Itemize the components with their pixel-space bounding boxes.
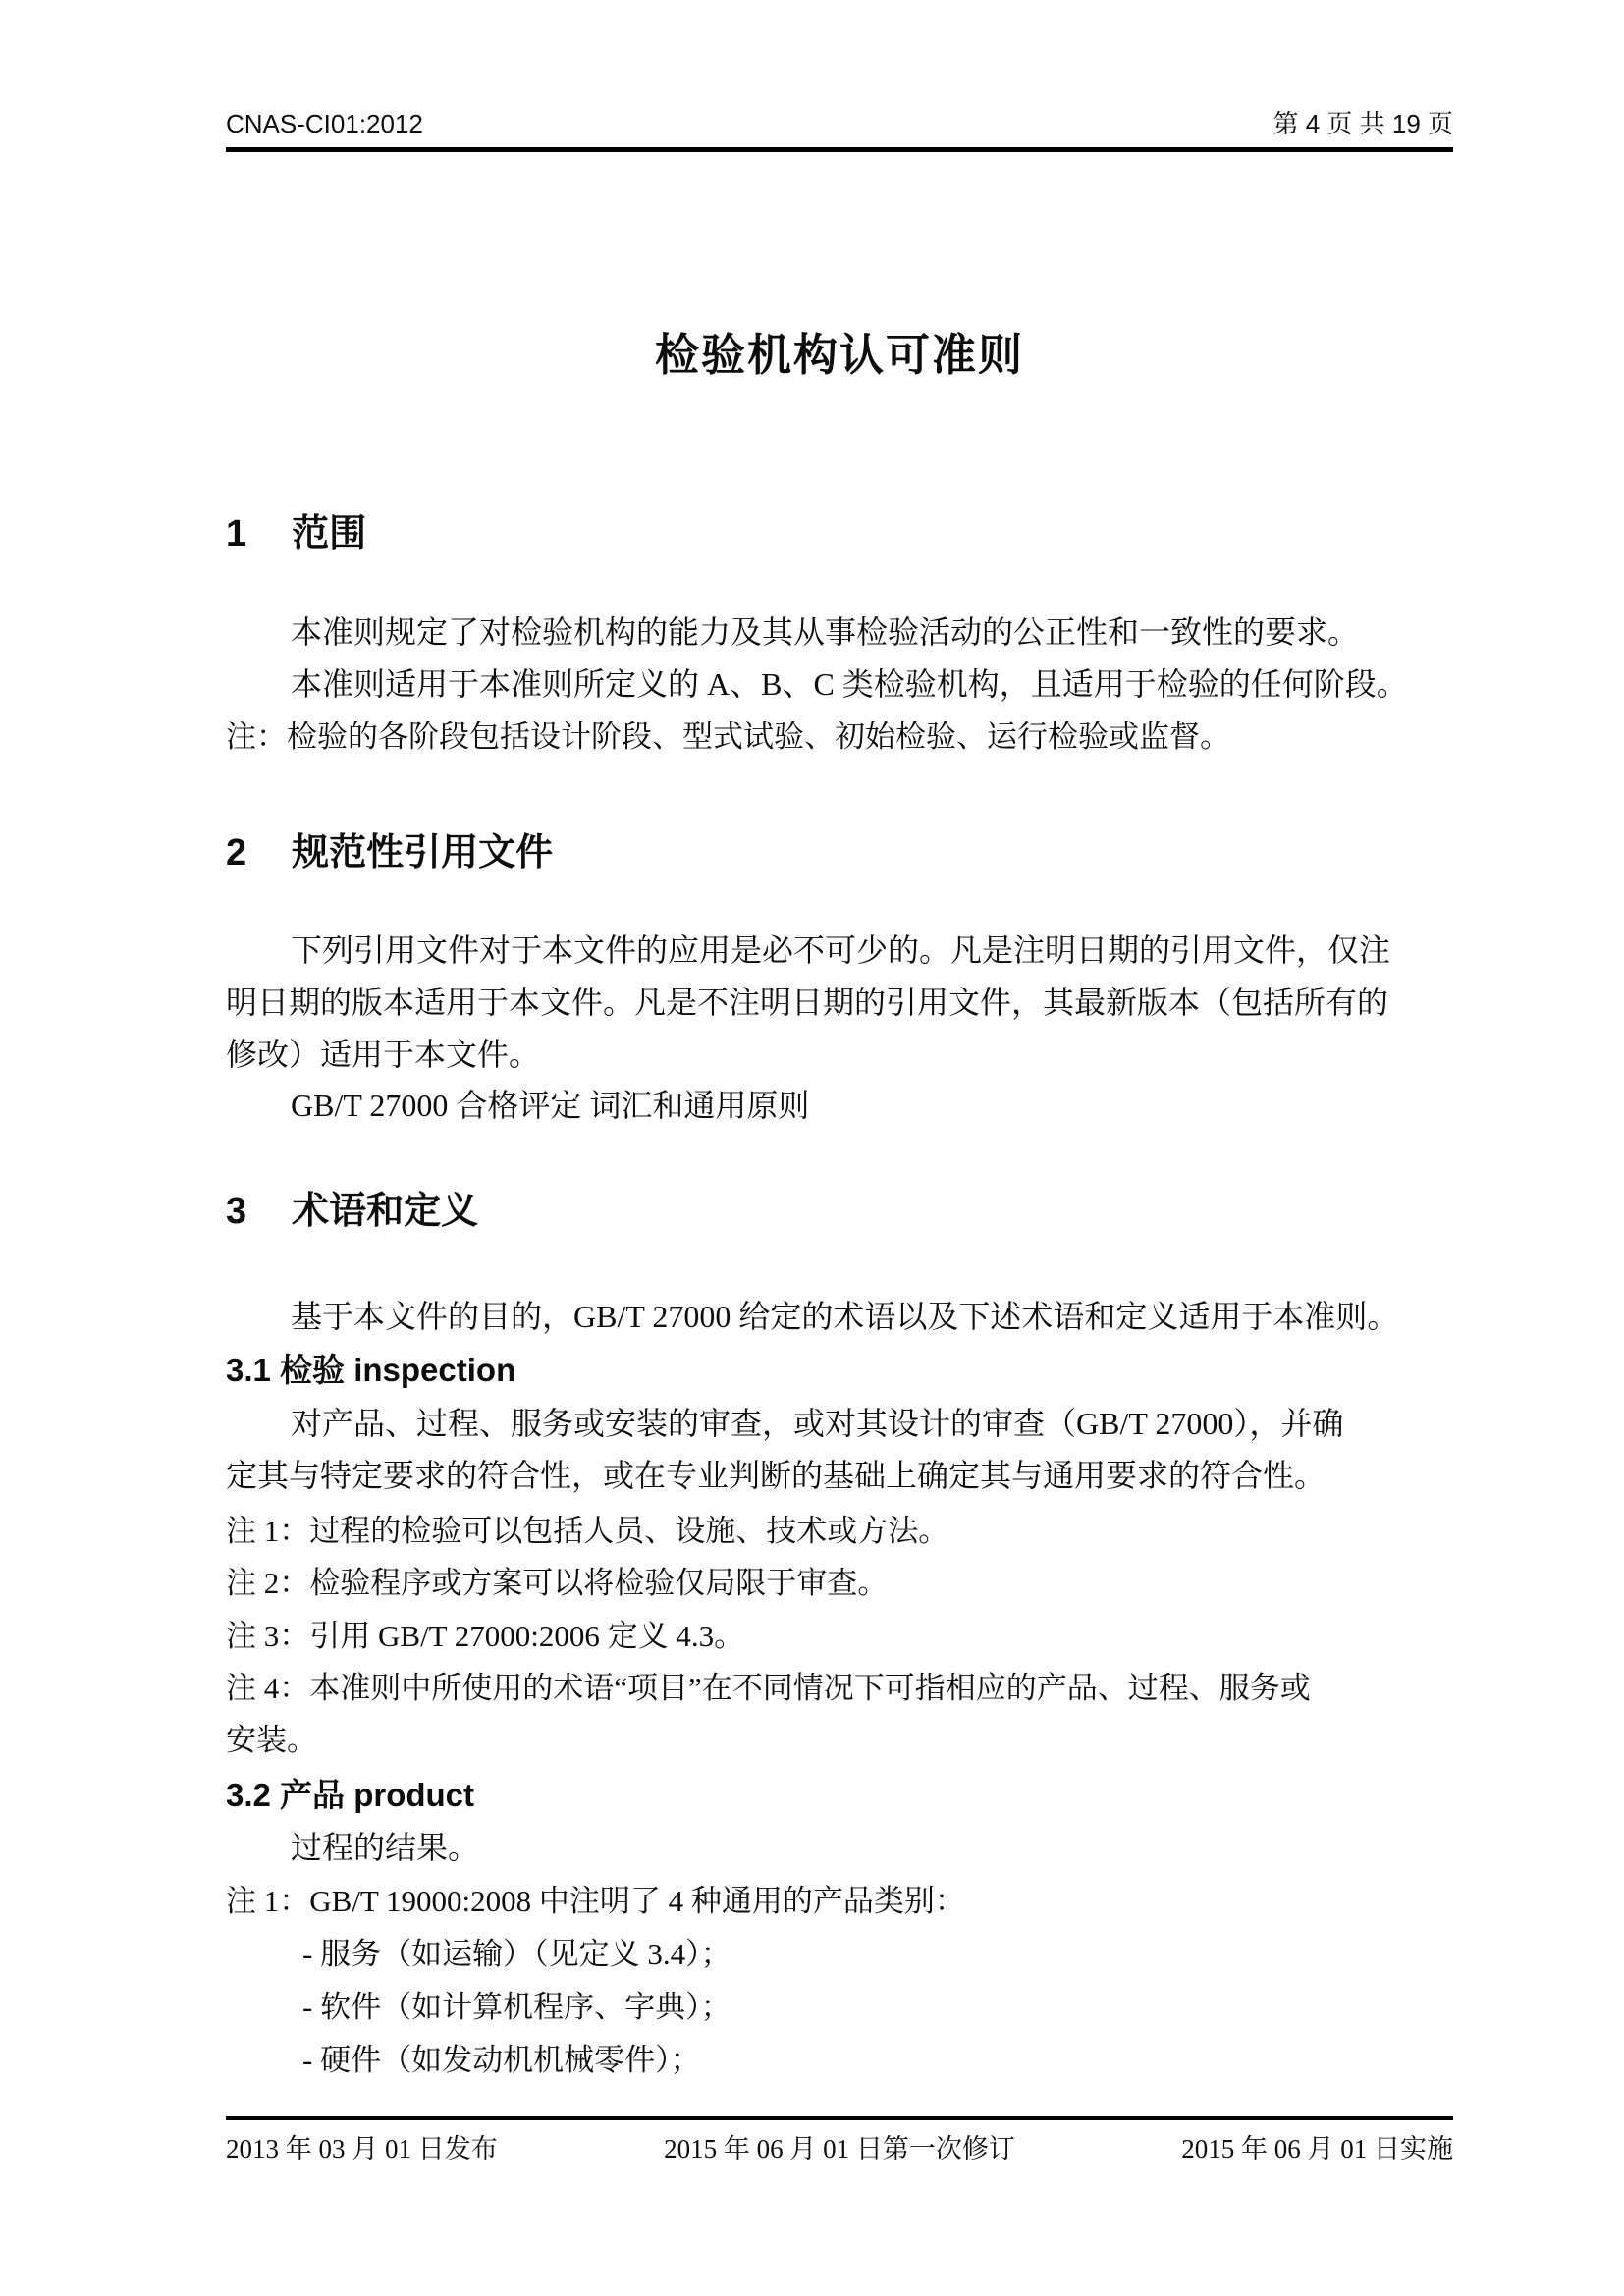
term-3-2-definition: 过程的结果。 <box>226 1822 1453 1874</box>
footer-implemented-date: 2015 年 06 月 01 日实施 <box>1181 2132 1453 2165</box>
section-1-number: 1 <box>226 510 246 558</box>
section-1-note: 注：检验的各阶段包括设计阶段、型式试验、初始检验、运行检验或监督。 <box>226 711 1453 763</box>
footer-revised-date: 2015 年 06 月 01 日第一次修订 <box>664 2132 1015 2165</box>
section-2-number: 2 <box>226 829 246 877</box>
term-3-2-note-1: 注 1：GB/T 19000:2008 中注明了 4 种通用的产品类别： <box>226 1875 1453 1927</box>
section-1-paragraph-1: 本准则规定了对检验机构的能力及其从事检验活动的公正性和一致性的要求。 <box>226 607 1453 659</box>
section-2-reference: GB/T 27000 合格评定 词汇和通用原则 <box>226 1080 1453 1132</box>
document-page: CNAS-CI01:2012 第 4 页 共 19 页 检验机构认可准则 1 范… <box>0 0 1624 2296</box>
term-3-1-note-1: 注 1：过程的检验可以包括人员、设施、技术或方法。 <box>226 1505 1453 1557</box>
section-3-heading: 3 术语和定义 <box>226 1188 1453 1235</box>
term-3-1-note-4: 注 4：本准则中所使用的术语“项目”在不同情况下可指相应的产品、过程、服务或 安… <box>226 1662 1453 1766</box>
footer-published-date: 2013 年 03 月 01 日发布 <box>226 2132 498 2165</box>
section-3-title: 术语和定义 <box>292 1188 478 1235</box>
section-1-paragraph-2: 本准则适用于本准则所定义的 A、B、C 类检验机构，且适用于检验的任何阶段。 <box>226 659 1453 711</box>
section-3-number: 3 <box>226 1188 246 1235</box>
section-3-intro: 基于本文件的目的，GB/T 27000 给定的术语以及下述术语和定义适用于本准则… <box>226 1291 1453 1343</box>
term-3-1-definition: 对产品、过程、服务或安装的审查，或对其设计的审查（GB/T 27000），并确 … <box>226 1398 1453 1502</box>
section-2-heading: 2 规范性引用文件 <box>226 829 1453 877</box>
section-2-paragraph: 下列引用文件对于本文件的应用是必不可少的。凡是注明日期的引用文件，仅注 明日期的… <box>226 925 1453 1081</box>
section-1-heading: 1 范围 <box>226 510 1453 558</box>
term-3-2-heading: 3.2 产品 product <box>226 1772 1453 1819</box>
term-3-1-note-2: 注 2：检验程序或方案可以将检验仅局限于审查。 <box>226 1557 1453 1609</box>
page-footer: 2013 年 03 月 01 日发布 2015 年 06 月 01 日第一次修订… <box>226 2116 1453 2165</box>
section-1-title: 范围 <box>292 510 366 558</box>
term-3-1-note-3: 注 3：引用 GB/T 27000:2006 定义 4.3。 <box>226 1610 1453 1662</box>
term-3-2-bullet-3: - 硬件（如发动机机械零件）； <box>226 2034 1453 2086</box>
term-3-1-heading: 3.1 检验 inspection <box>226 1347 1453 1394</box>
section-2-title: 规范性引用文件 <box>292 829 553 877</box>
term-3-2-bullet-1: - 服务（如运输）（见定义 3.4）； <box>226 1928 1453 1980</box>
term-3-2-bullet-2: - 软件（如计算机程序、字典）； <box>226 1981 1453 2033</box>
document-body: 1 范围 本准则规定了对检验机构的能力及其从事检验活动的公正性和一致性的要求。 … <box>226 0 1453 2296</box>
